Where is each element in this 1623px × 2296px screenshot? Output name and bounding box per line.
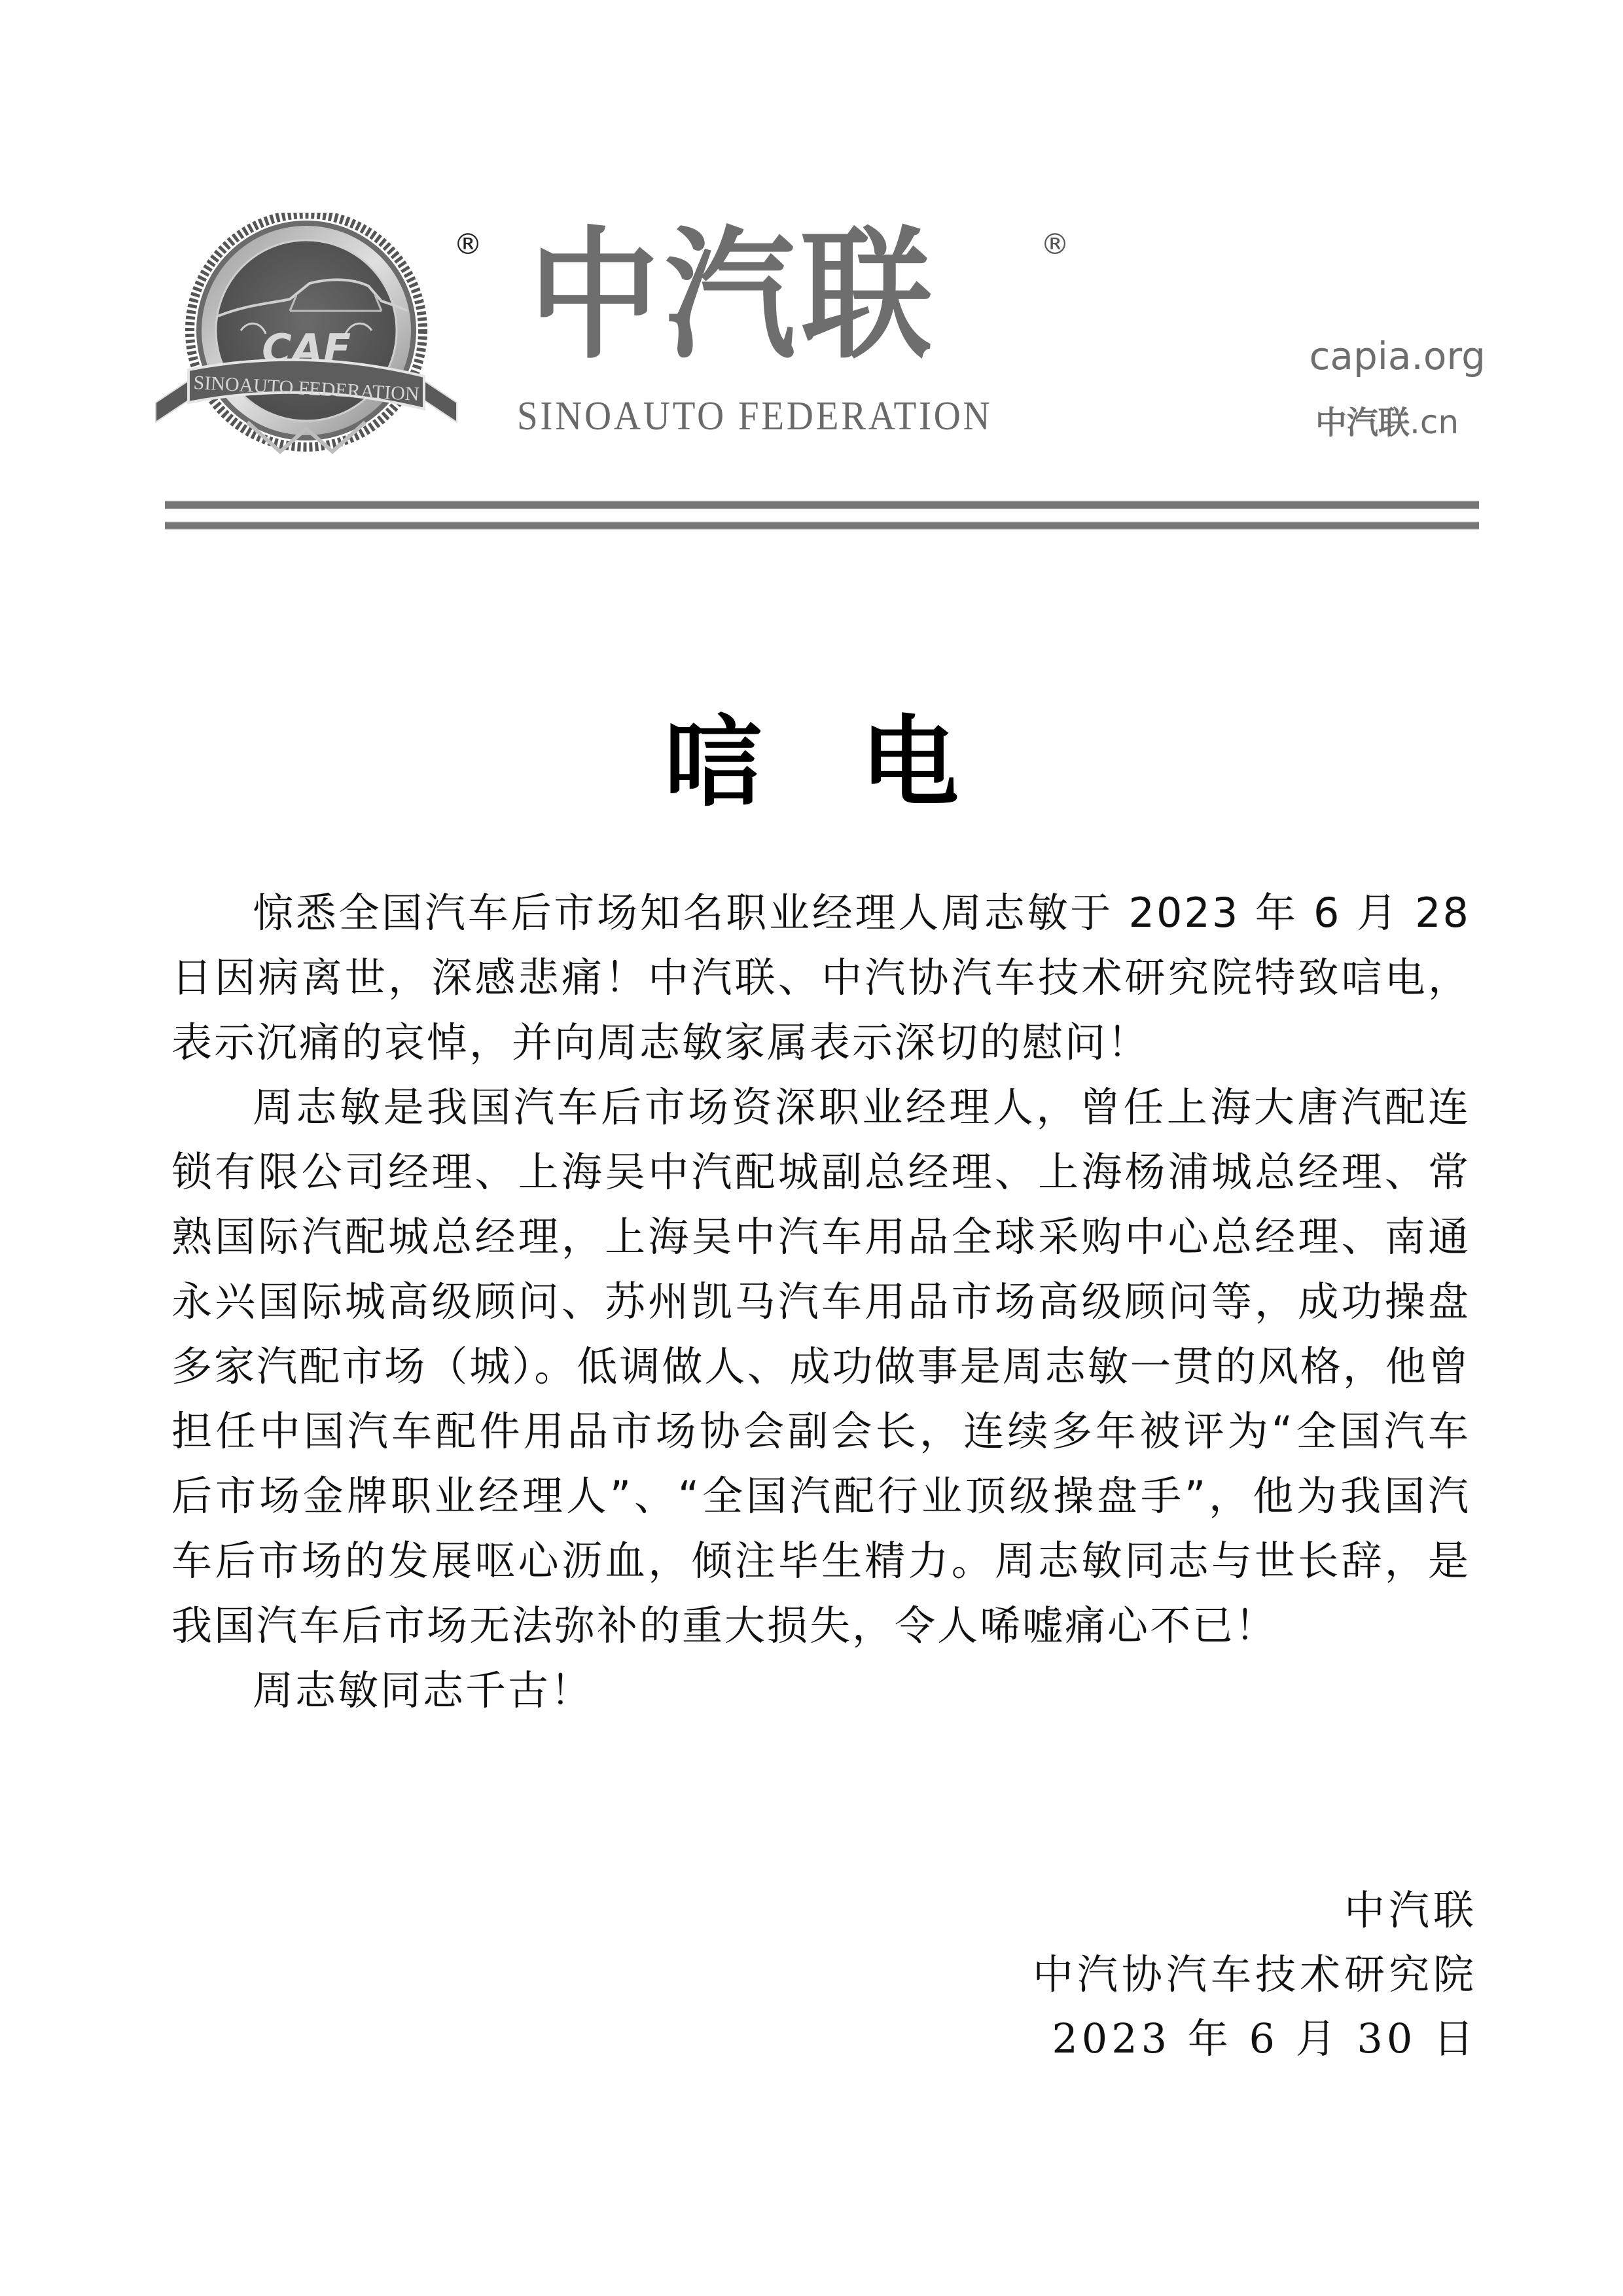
paragraph-tribute: 周志敏同志千古！ bbox=[171, 1658, 1471, 1723]
website-org-link[interactable]: capia.org bbox=[1310, 337, 1486, 375]
signature-block: 中汽联 中汽协汽车技术研究院 2023 年 6 月 30 日 bbox=[1033, 1878, 1478, 2071]
website-cn-suffix: .cn bbox=[1410, 403, 1459, 441]
header-divider-bottom bbox=[165, 522, 1479, 529]
paragraph-announcement: 惊悉全国汽车后市场知名职业经理人周志敏于 2023 年 6 月 28 日因病离世… bbox=[171, 880, 1471, 1075]
signatory-org-2: 中汽协汽车技术研究院 bbox=[1033, 1943, 1478, 2007]
brand-name-chinese: 中汽联 bbox=[529, 226, 937, 367]
header-divider-top bbox=[165, 501, 1479, 509]
letterhead: CAF SINOAUTO FEDERATION ® 中汽联 ® SINOAUTO… bbox=[0, 0, 1623, 537]
website-cn-prefix: 中汽联 bbox=[1315, 404, 1410, 441]
letter-body: 惊悉全国汽车后市场知名职业经理人周志敏于 2023 年 6 月 28 日因病离世… bbox=[171, 880, 1471, 1723]
signatory-org-1: 中汽联 bbox=[1033, 1878, 1478, 1943]
car-gear-emblem-icon: CAF SINOAUTO FEDERATION bbox=[149, 213, 463, 455]
website-cn-link[interactable]: 中汽联.cn bbox=[1315, 406, 1459, 439]
document-title: 唁电 bbox=[0, 714, 1623, 812]
registered-trademark-icon: ® bbox=[454, 230, 482, 259]
registered-trademark-icon: ® bbox=[1041, 230, 1069, 259]
signature-date: 2023 年 6 月 30 日 bbox=[1033, 2007, 1478, 2071]
brand-name-english: SINOAUTO FEDERATION bbox=[517, 396, 992, 437]
paragraph-biography: 周志敏是我国汽车后市场资深职业经理人，曾任上海大唐汽配连锁有限公司经理、上海吴中… bbox=[171, 1075, 1471, 1658]
